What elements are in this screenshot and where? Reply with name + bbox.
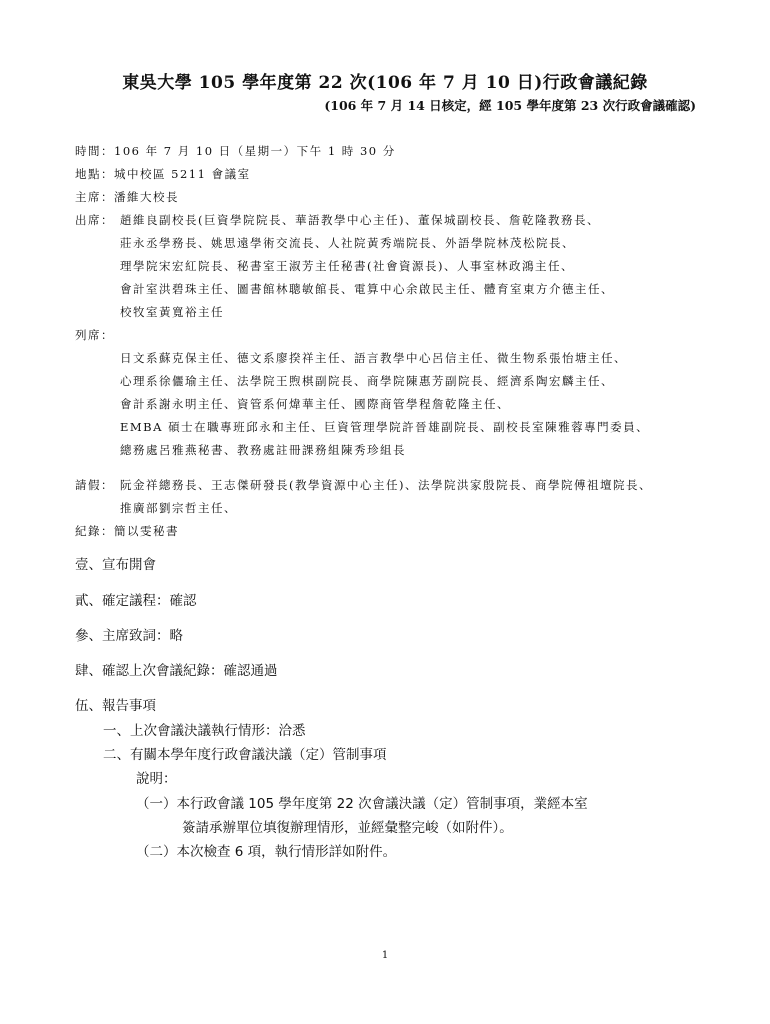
attendees-line: 理學院宋宏紅院長、秘書室王淑芳主任秘書(社會資源長)、人事室林政鴻主任、	[120, 255, 574, 278]
document-title: 東吳大學 105 學年度第 22 次(106 年 7 月 10 日)行政會議紀錄	[0, 68, 770, 93]
observers-line: 總務處呂雅燕秘書、教務處註冊課務組陳秀珍組長	[120, 439, 406, 462]
meeting-time: 時間：106 年 7 月 10 日（星期一）下午 1 時 30 分	[75, 140, 396, 163]
observers-line: 日文系蘇克保主任、德文系廖揆祥主任、語言教學中心呂信主任、微生物系張怡塘主任、	[120, 347, 627, 370]
explain-point-continued: 簽請承辦單位填復辦理情形，並經彙整完峻（如附件）。	[182, 816, 513, 836]
absent-line: 推廣部劉宗哲主任、	[120, 497, 237, 520]
report-item: 二、有關本學年度行政會議決議（定）管制事項	[103, 743, 387, 763]
observers-label: 列席：	[75, 324, 114, 347]
absent-label: 請假：	[75, 474, 114, 497]
section-heading: 伍、報告事項	[75, 694, 156, 714]
explain-point: （二）本次檢查 6 項，執行情形詳如附件。	[136, 840, 396, 860]
meeting-place: 地點：城中校區 5211 會議室	[75, 163, 251, 186]
section-heading: 貳、確定議程：確認	[75, 589, 197, 609]
explain-point: （一）本行政會議 105 學年度第 22 次會議決議（定）管制事項，業經本室	[136, 792, 588, 812]
document-page: 東吳大學 105 學年度第 22 次(106 年 7 月 10 日)行政會議紀錄…	[0, 0, 770, 1024]
section-heading: 肆、確認上次會議紀錄：確認通過	[75, 659, 278, 679]
meeting-chair: 主席：潘維大校長	[75, 186, 179, 209]
explain-label: 說明：	[136, 767, 177, 787]
section-heading: 壹、宣布開會	[75, 553, 156, 573]
attendees-line: 趙維良副校長(巨資學院院長、華語教學中心主任)、董保城副校長、詹乾隆教務長、	[120, 209, 600, 232]
page-number: 1	[0, 950, 770, 961]
observers-line: 心理系徐儷瑜主任、法學院王煦棋副院長、商學院陳惠芳副院長、經濟系陶宏麟主任、	[120, 370, 614, 393]
attendees-line: 校牧室黃寬裕主任	[120, 301, 224, 324]
document-subtitle: (106 年 7 月 14 日核定，經 105 學年度第 23 次行政會議確認)	[324, 96, 696, 114]
observers-line: EMBA 碩士在職專班邱永和主任、巨資管理學院許晉雄副院長、副校長室陳雅蓉專門委…	[120, 416, 649, 439]
section-heading: 參、主席致詞：略	[75, 624, 183, 644]
report-item: 一、上次會議決議執行情形：洽悉	[103, 719, 306, 739]
attendees-line: 莊永丞學務長、姚思遠學術交流長、人社院黃秀端院長、外語學院林茂松院長、	[120, 232, 575, 255]
attendees-line: 會計室洪碧珠主任、圖書館林聰敏館長、電算中心余啟民主任、體育室東方介德主任、	[120, 278, 614, 301]
absent-line: 阮金祥總務長、王志傑研發長(教學資源中心主任)、法學院洪家殷院長、商學院傅祖壇院…	[120, 474, 652, 497]
attendees-label: 出席：	[75, 209, 114, 232]
observers-line: 會計系謝永明主任、資管系何煒華主任、國際商管學程詹乾隆主任、	[120, 393, 510, 416]
recorder: 紀錄：簡以雯秘書	[75, 520, 179, 543]
